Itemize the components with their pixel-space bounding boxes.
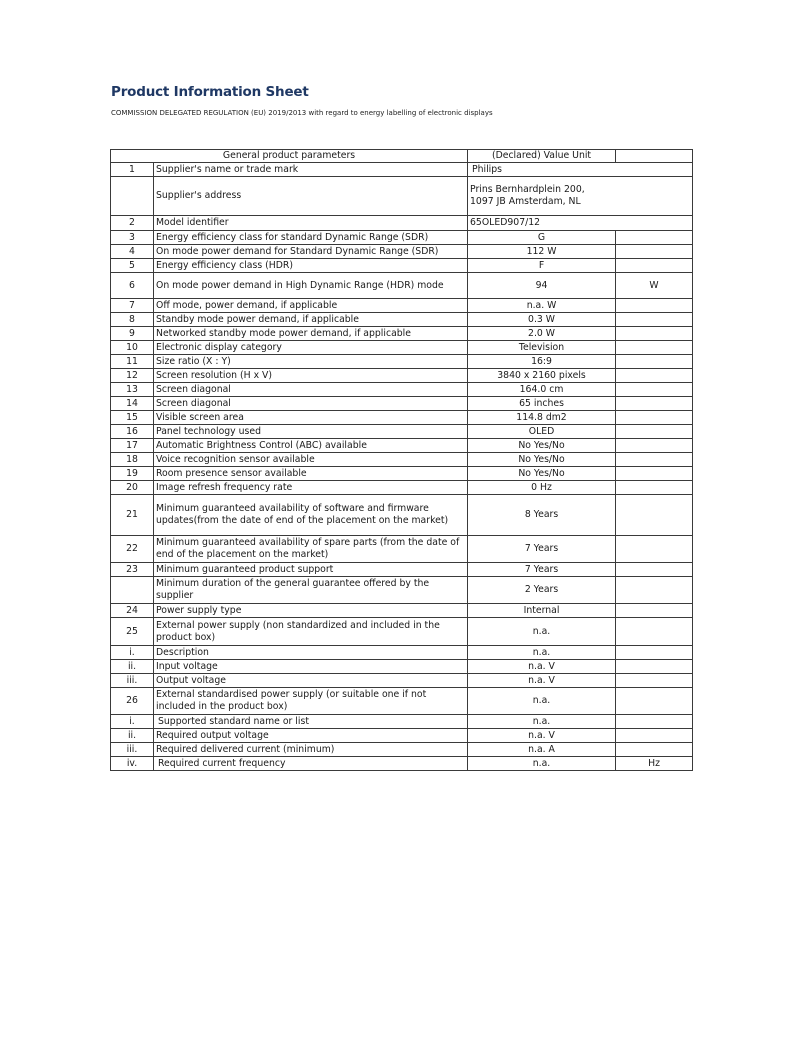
parameter-label: Electronic display category [154,341,468,355]
row-number: 8 [111,313,154,327]
table-row: 2Model identifier65OLED907/12 [111,216,693,231]
declared-value: n.a. A [468,743,616,757]
row-number: 11 [111,355,154,369]
unit [616,577,693,604]
unit [616,743,693,757]
unit [616,439,693,453]
table-row: 18Voice recognition sensor availableNo Y… [111,453,693,467]
unit [616,453,693,467]
address-line-1: Prins Bernhardplein 200, [470,184,690,196]
parameter-label: Required output voltage [154,729,468,743]
table-row: 8Standby mode power demand, if applicabl… [111,313,693,327]
declared-value: 164.0 cm [468,383,616,397]
declared-value: 112 W [468,245,616,259]
unit [616,646,693,660]
declared-value: 94 [468,273,616,299]
row-number: 22 [111,536,154,563]
unit [616,660,693,674]
page-title: Product Information Sheet [111,84,309,100]
table-row: 23Minimum guaranteed product support7 Ye… [111,563,693,577]
declared-value: n.a. [468,618,616,646]
declared-value: 65 inches [468,397,616,411]
row-number: 7 [111,299,154,313]
declared-value: OLED [468,425,616,439]
declared-value: n.a. [468,646,616,660]
row-number: 20 [111,481,154,495]
row-number: i. [111,715,154,729]
unit [616,327,693,341]
unit: Hz [616,757,693,771]
parameter-label: Minimum guaranteed availability of softw… [154,495,468,536]
table-row: 22Minimum guaranteed availability of spa… [111,536,693,563]
header-blank [616,150,693,163]
parameter-label: External power supply (non standardized … [154,618,468,646]
parameter-label: Screen diagonal [154,383,468,397]
declared-value: n.a. V [468,660,616,674]
declared-value: n.a. V [468,674,616,688]
parameter-label: Energy efficiency class (HDR) [154,259,468,273]
declared-value: F [468,259,616,273]
row-number: 3 [111,231,154,245]
parameter-label: External standardised power supply (or s… [154,688,468,715]
unit [616,341,693,355]
declared-value: 2.0 W [468,327,616,341]
declared-value: 114.8 dm2 [468,411,616,425]
table-row: 7Off mode, power demand, if applicablen.… [111,299,693,313]
unit [616,688,693,715]
unit [616,715,693,729]
row-number: 15 [111,411,154,425]
row-number: iii. [111,743,154,757]
table-row: ii.Required output voltagen.a. V [111,729,693,743]
table-row: 5Energy efficiency class (HDR)F [111,259,693,273]
table-row: 6On mode power demand in High Dynamic Ra… [111,273,693,299]
parameter-label: Visible screen area [154,411,468,425]
unit [616,411,693,425]
unit [616,245,693,259]
row-number: 10 [111,341,154,355]
row-number: iv. [111,757,154,771]
table-row: 14Screen diagonal65 inches [111,397,693,411]
address-line-2: 1097 JB Amsterdam, NL [470,196,690,208]
row-number: 12 [111,369,154,383]
declared-value: n.a. [468,688,616,715]
table-row: 20Image refresh frequency rate0 Hz [111,481,693,495]
row-number: 25 [111,618,154,646]
declared-value: 2 Years [468,577,616,604]
header-parameters: General product parameters [111,150,468,163]
declared-value: 0.3 W [468,313,616,327]
unit [616,383,693,397]
table-row: 9Networked standby mode power demand, if… [111,327,693,341]
table-row: 25External power supply (non standardize… [111,618,693,646]
row-number: 19 [111,467,154,481]
parameter-label: Supported standard name or list [154,715,468,729]
declared-value: n.a. [468,757,616,771]
table-row: 24Power supply typeInternal [111,604,693,618]
table-row: 13Screen diagonal164.0 cm [111,383,693,397]
regulation-subtitle: COMMISSION DELEGATED REGULATION (EU) 201… [111,109,493,117]
table-row: i.Descriptionn.a. [111,646,693,660]
table-row: 21Minimum guaranteed availability of sof… [111,495,693,536]
unit [616,563,693,577]
table-row: 4On mode power demand for Standard Dynam… [111,245,693,259]
table-row: 11Size ratio (X : Y)16:9 [111,355,693,369]
table-row: 19Room presence sensor availableNo Yes/N… [111,467,693,481]
unit [616,674,693,688]
row-number: 18 [111,453,154,467]
row-number: 1 [111,163,154,177]
parameter-label: Minimum guaranteed product support [154,563,468,577]
table-row: Minimum duration of the general guarante… [111,577,693,604]
parameter-label: Supplier's address [154,177,468,216]
parameter-label: Supplier's name or trade mark [154,163,468,177]
parameter-label: Minimum duration of the general guarante… [154,577,468,604]
unit [616,495,693,536]
row-number: 9 [111,327,154,341]
parameter-label: Panel technology used [154,425,468,439]
row-number: ii. [111,729,154,743]
parameter-label: Automatic Brightness Control (ABC) avail… [154,439,468,453]
declared-value: No Yes/No [468,467,616,481]
row-number: 5 [111,259,154,273]
table-row: Supplier's addressPrins Bernhardplein 20… [111,177,693,216]
parameter-label: Voice recognition sensor available [154,453,468,467]
row-number: 24 [111,604,154,618]
parameter-label: Model identifier [154,216,468,231]
parameter-label: On mode power demand in High Dynamic Ran… [154,273,468,299]
unit [616,467,693,481]
parameter-label: Energy efficiency class for standard Dyn… [154,231,468,245]
unit [616,259,693,273]
product-parameters-table: General product parameters (Declared) Va… [110,149,693,771]
row-number: 21 [111,495,154,536]
table-row: 17Automatic Brightness Control (ABC) ava… [111,439,693,453]
declared-value: Prins Bernhardplein 200,1097 JB Amsterda… [468,177,693,216]
parameter-label: Off mode, power demand, if applicable [154,299,468,313]
row-number: i. [111,646,154,660]
declared-value: No Yes/No [468,453,616,467]
parameter-label: Room presence sensor available [154,467,468,481]
row-number: 13 [111,383,154,397]
table-row: 15Visible screen area114.8 dm2 [111,411,693,425]
table-row: iii.Output voltagen.a. V [111,674,693,688]
declared-value: 65OLED907/12 [468,216,693,231]
table-header-row: General product parameters (Declared) Va… [111,150,693,163]
unit [616,397,693,411]
parameter-label: Image refresh frequency rate [154,481,468,495]
unit [616,355,693,369]
parameter-label: On mode power demand for Standard Dynami… [154,245,468,259]
row-number [111,577,154,604]
row-number [111,177,154,216]
row-number: ii. [111,660,154,674]
unit [616,618,693,646]
unit [616,425,693,439]
unit [616,481,693,495]
parameter-label: Standby mode power demand, if applicable [154,313,468,327]
declared-value: 16:9 [468,355,616,369]
unit [616,604,693,618]
parameter-label: Output voltage [154,674,468,688]
table-row: i. Supported standard name or listn.a. [111,715,693,729]
row-number: iii. [111,674,154,688]
declared-value: n.a. W [468,299,616,313]
table-row: 3Energy efficiency class for standard Dy… [111,231,693,245]
declared-value: Philips [468,163,693,177]
unit [616,536,693,563]
parameter-label: Screen resolution (H x V) [154,369,468,383]
declared-value: Television [468,341,616,355]
unit: W [616,273,693,299]
parameter-label: Input voltage [154,660,468,674]
parameter-label: Required delivered current (minimum) [154,743,468,757]
declared-value: G [468,231,616,245]
unit [616,299,693,313]
declared-value: 7 Years [468,536,616,563]
row-number: 16 [111,425,154,439]
unit [616,369,693,383]
table-row: 1Supplier's name or trade markPhilips [111,163,693,177]
declared-value: n.a. V [468,729,616,743]
row-number: 17 [111,439,154,453]
table-row: iii.Required delivered current (minimum)… [111,743,693,757]
row-number: 14 [111,397,154,411]
table-row: 26External standardised power supply (or… [111,688,693,715]
row-number: 6 [111,273,154,299]
declared-value: No Yes/No [468,439,616,453]
table-row: ii.Input voltagen.a. V [111,660,693,674]
row-number: 4 [111,245,154,259]
parameter-label: Size ratio (X : Y) [154,355,468,369]
table-row: 12Screen resolution (H x V)3840 x 2160 p… [111,369,693,383]
declared-value: Internal [468,604,616,618]
row-number: 2 [111,216,154,231]
header-value-unit: (Declared) Value Unit [468,150,616,163]
table-row: 16Panel technology usedOLED [111,425,693,439]
row-number: 26 [111,688,154,715]
parameter-label: Minimum guaranteed availability of spare… [154,536,468,563]
declared-value: 8 Years [468,495,616,536]
declared-value: n.a. [468,715,616,729]
unit [616,313,693,327]
declared-value: 0 Hz [468,481,616,495]
parameter-label: Networked standby mode power demand, if … [154,327,468,341]
row-number: 23 [111,563,154,577]
declared-value: 3840 x 2160 pixels [468,369,616,383]
table-row: 10Electronic display categoryTelevision [111,341,693,355]
declared-value: 7 Years [468,563,616,577]
unit [616,729,693,743]
table-row: iv. Required current frequencyn.a.Hz [111,757,693,771]
parameter-label: Screen diagonal [154,397,468,411]
parameter-label: Required current frequency [154,757,468,771]
parameter-label: Description [154,646,468,660]
unit [616,231,693,245]
parameter-label: Power supply type [154,604,468,618]
